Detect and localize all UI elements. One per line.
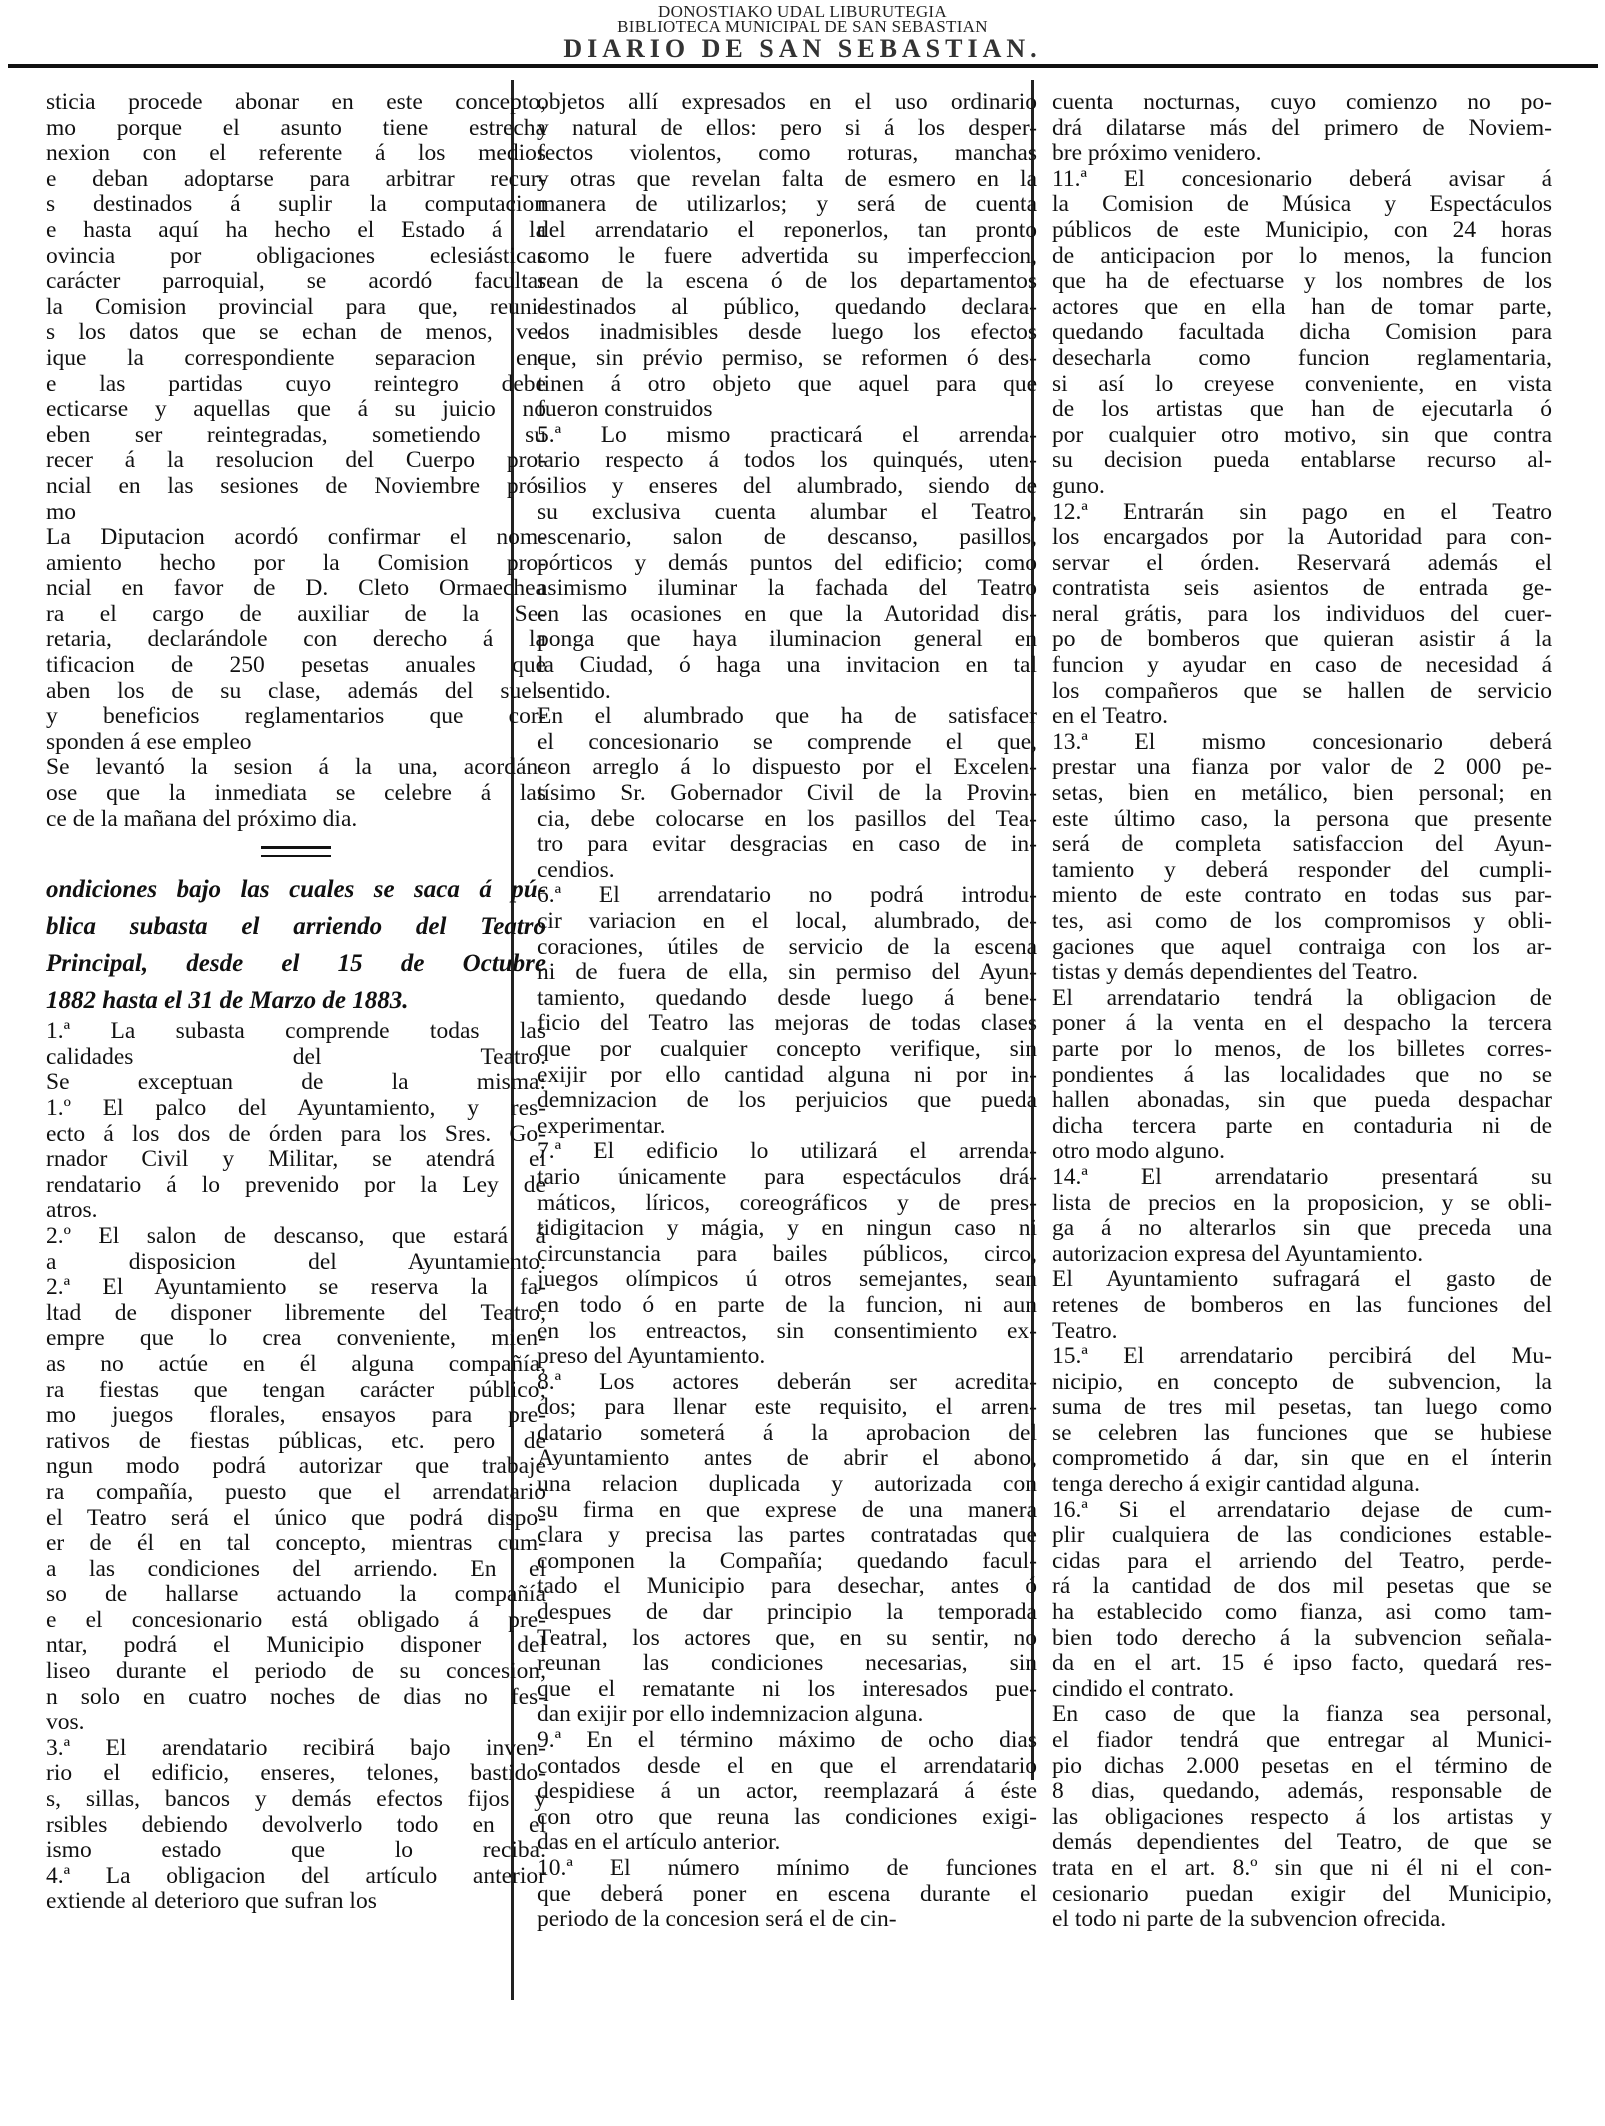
text-line: cesionario puedan exigir del Municipio, bbox=[1052, 1882, 1552, 1908]
paragraph: El arrendatario tendrá la obligacion dep… bbox=[1052, 986, 1552, 1165]
text-line: extiende al deterioro que sufran los bbox=[46, 1889, 546, 1915]
text-line: se celebren las funciones que se hubiese bbox=[1052, 1421, 1552, 1447]
text-line: 2.ª El Ayuntamiento se reserva la fa- bbox=[46, 1275, 546, 1301]
text-line: 8 dias, quedando, además, responsable de bbox=[1052, 1779, 1552, 1805]
text-line: tísimo Sr. Gobernador Civil de la Provin… bbox=[537, 781, 1037, 807]
text-line: por cualquier otro motivo, sin que contr… bbox=[1052, 423, 1552, 449]
text-line: rá la cantidad de dos mil pesetas que se bbox=[1052, 1574, 1552, 1600]
text-line: a disposicion del Ayuntamiento. bbox=[46, 1250, 546, 1276]
text-line: el todo ni parte de la subvencion ofreci… bbox=[1052, 1907, 1552, 1933]
text-line: si así lo creyese conveniente, en vista bbox=[1052, 372, 1552, 398]
text-line: s los datos que se echan de menos, ve- bbox=[46, 320, 546, 346]
text-line: recer á la resolucion del Cuerpo pro- bbox=[46, 448, 546, 474]
text-line: autorizacion expresa del Ayuntamiento. bbox=[1052, 1242, 1552, 1268]
paragraph: 13.ª El mismo concesionario deberápresta… bbox=[1052, 730, 1552, 986]
text-line: el fiador tendrá que entregar al Munici- bbox=[1052, 1728, 1552, 1754]
text-line: bre próximo venidero. bbox=[1052, 141, 1552, 167]
text-line: ni de fuera de ella, sin permiso del Ayu… bbox=[537, 960, 1037, 986]
text-line: mo bbox=[46, 500, 546, 526]
text-line: calidades del Teatro. bbox=[46, 1045, 546, 1071]
text-line: cuenta nocturnas, cuyo comienzo no po- bbox=[1052, 90, 1552, 116]
section-heading: ondiciones bajo las cuales se saca á pú-… bbox=[46, 871, 546, 1019]
text-line: actores que en ella han de tomar parte, bbox=[1052, 295, 1552, 321]
paragraph: 5.ª Lo mismo practicará el arrenda-tario… bbox=[537, 423, 1037, 705]
text-line: 3.ª El arendatario recibirá bajo inven- bbox=[46, 1736, 546, 1762]
text-line: Ayuntamiento antes de abrir el abono, bbox=[537, 1446, 1037, 1472]
text-line: manera de utilizarlos; y será de cuenta bbox=[537, 192, 1037, 218]
text-line: nicipio, en concepto de subvencion, la bbox=[1052, 1370, 1552, 1396]
text-line: ique la correspondiente separacion en- bbox=[46, 346, 546, 372]
paragraph: 8.ª Los actores deberán ser acredita-dos… bbox=[537, 1370, 1037, 1728]
text-line: y otras que revelan falta de esmero en l… bbox=[537, 167, 1037, 193]
text-line: cindido el contrato. bbox=[1052, 1677, 1552, 1703]
text-line: experimentar. bbox=[537, 1114, 1037, 1140]
paragraph: 10.ª El número mínimo de funcionesque de… bbox=[537, 1856, 1037, 1933]
text-line: fectos violentos, como roturas, manchas bbox=[537, 141, 1037, 167]
text-line: suma de tres mil pesetas, tan luego como bbox=[1052, 1395, 1552, 1421]
paragraph: sticia procede abonar en este concepto,m… bbox=[46, 90, 546, 525]
text-line: 16.ª Si el arrendatario dejase de cum- bbox=[1052, 1498, 1552, 1524]
column-3: cuenta nocturnas, cuyo comienzo no po-dr… bbox=[1052, 90, 1552, 1933]
text-line: retaria, declarándole con derecho á la bbox=[46, 627, 546, 653]
section-divider bbox=[261, 846, 331, 857]
text-line: n solo en cuatro noches de dias no fes- bbox=[46, 1685, 546, 1711]
paragraph: El Ayuntamiento sufragará el gasto deret… bbox=[1052, 1267, 1552, 1344]
text-line: que, sin prévio permiso, se reformen ó d… bbox=[537, 346, 1037, 372]
text-line: ismo estado que lo reciba. bbox=[46, 1838, 546, 1864]
text-line: plir cualquiera de las condiciones estab… bbox=[1052, 1523, 1552, 1549]
text-line: destinados al público, quedando declara- bbox=[537, 295, 1037, 321]
text-line: preso del Ayuntamiento. bbox=[537, 1344, 1037, 1370]
text-line: 9.ª En el término máximo de ocho dias bbox=[537, 1728, 1037, 1754]
column-2: objetos allí expresados en el uso ordina… bbox=[537, 90, 1037, 1933]
text-line: lista de precios en la proposicion, y se… bbox=[1052, 1191, 1552, 1217]
paragraph: objetos allí expresados en el uso ordina… bbox=[537, 90, 1037, 423]
text-line: Teatro. bbox=[1052, 1319, 1552, 1345]
text-line: sean de la escena ó de los departamentos bbox=[537, 269, 1037, 295]
text-line: e el concesionario está obligado á pre- bbox=[46, 1608, 546, 1634]
text-line: da en el art. 15 é ipso facto, quedará r… bbox=[1052, 1651, 1552, 1677]
paragraph: 16.ª Si el arrendatario dejase de cum-pl… bbox=[1052, 1498, 1552, 1703]
text-line: setas, bien en metálico, bien personal; … bbox=[1052, 781, 1552, 807]
text-line: so de hallarse actuando la compañía bbox=[46, 1582, 546, 1608]
text-line: máticos, líricos, coreográficos y de pre… bbox=[537, 1191, 1037, 1217]
paragraph: 15.ª El arrendatario percibirá del Mu-ni… bbox=[1052, 1344, 1552, 1498]
text-line: tenga derecho á exigir cantidad alguna. bbox=[1052, 1472, 1552, 1498]
text-line: 1.ª La subasta comprende todas las bbox=[46, 1019, 546, 1045]
text-line: aben los de su clase, además del suel- bbox=[46, 679, 546, 705]
text-line: otro modo alguno. bbox=[1052, 1139, 1552, 1165]
text-line: ra fiestas que tengan carácter público; bbox=[46, 1378, 546, 1404]
text-line: e las partidas cuyo reintegro debe bbox=[46, 372, 546, 398]
text-line: ncial en favor de D. Cleto Ormaechea bbox=[46, 576, 546, 602]
text-line: miento de este contrato en todas sus par… bbox=[1052, 883, 1552, 909]
text-line: guno. bbox=[1052, 474, 1552, 500]
text-line: 1882 hasta el 31 de Marzo de 1883. bbox=[46, 982, 546, 1019]
text-line: clara y precisa las partes contratadas q… bbox=[537, 1523, 1037, 1549]
text-line: pórticos y demás puntos del edificio; co… bbox=[537, 551, 1037, 577]
text-line: e deban adoptarse para arbitrar recur- bbox=[46, 167, 546, 193]
text-line: despidiese á un actor, reemplazará á ést… bbox=[537, 1779, 1037, 1805]
text-line: sentido. bbox=[537, 679, 1037, 705]
text-line: En caso de que la fianza sea personal, bbox=[1052, 1702, 1552, 1728]
text-line: tamiento, quedando desde luego á bene- bbox=[537, 986, 1037, 1012]
paragraph: En caso de que la fianza sea personal,el… bbox=[1052, 1702, 1552, 1932]
text-line: pondientes á las localidades que no se bbox=[1052, 1063, 1552, 1089]
text-line: sticia procede abonar en este concepto, bbox=[46, 90, 546, 116]
text-line: tario respecto á todos los quinqués, ute… bbox=[537, 448, 1037, 474]
text-line: trata en el art. 8.º sin que ni él ni el… bbox=[1052, 1856, 1552, 1882]
text-line: su firma en que exprese de una manera bbox=[537, 1498, 1037, 1524]
text-line: 4.ª La obligacion del artículo anterior bbox=[46, 1864, 546, 1890]
text-line: ga á no alterarlos sin que preceda una bbox=[1052, 1216, 1552, 1242]
text-line: s, sillas, bancos y demás efectos fijos … bbox=[46, 1787, 546, 1813]
text-line: dicha tercera parte en contaduria ni de bbox=[1052, 1114, 1552, 1140]
text-line: servar el órden. Reservará además el bbox=[1052, 551, 1552, 577]
text-line: la Ciudad, ó haga una invitacion en tal bbox=[537, 653, 1037, 679]
text-line: s destinados á suplir la computacion bbox=[46, 192, 546, 218]
text-line: 6.ª El arrendatario no podrá introdu- bbox=[537, 883, 1037, 909]
text-line: drá dilatarse más del primero de Noviem- bbox=[1052, 116, 1552, 142]
text-line: retenes de bomberos en las funciones del bbox=[1052, 1293, 1552, 1319]
text-line: eben ser reintegradas, sometiendo su bbox=[46, 423, 546, 449]
text-line: reunan las condiciones necesarias, sin bbox=[537, 1651, 1037, 1677]
text-line: en el Teatro. bbox=[1052, 704, 1552, 730]
text-line: El arrendatario tendrá la obligacion de bbox=[1052, 986, 1552, 1012]
text-line: blica subasta el arriendo del Teatro bbox=[46, 908, 546, 945]
text-line: quedando facultada dicha Comision para bbox=[1052, 320, 1552, 346]
text-line: a las condiciones del arriendo. En el bbox=[46, 1557, 546, 1583]
paragraph: 3.ª El arendatario recibirá bajo inven-r… bbox=[46, 1736, 546, 1915]
text-line: 7.ª El edificio lo utilizará el arrenda- bbox=[537, 1139, 1037, 1165]
text-line: su decision pueda entablarse recurso al- bbox=[1052, 448, 1552, 474]
text-line: ponga que haya iluminacion general en bbox=[537, 627, 1037, 653]
text-line: demnizacion de los perjuicios que pueda bbox=[537, 1088, 1037, 1114]
text-line: vos. bbox=[46, 1710, 546, 1736]
text-line: Se exceptuan de la misma: bbox=[46, 1070, 546, 1096]
text-line: dan exijir por ello indemnizacion alguna… bbox=[537, 1702, 1037, 1728]
text-line: el concesionario se comprende el que, bbox=[537, 730, 1037, 756]
masthead: DONOSTIAKO UDAL LIBURUTEGIA BIBLIOTECA M… bbox=[0, 0, 1605, 64]
text-line: tistas y demás dependientes del Teatro. bbox=[1052, 960, 1552, 986]
text-line: públicos de este Municipio, con 24 horas bbox=[1052, 218, 1552, 244]
text-line: ose que la inmediata se celebre á las bbox=[46, 781, 546, 807]
text-line: cidas para el arriendo del Teatro, perde… bbox=[1052, 1549, 1552, 1575]
paragraph: 14.ª El arrendatario presentará sulista … bbox=[1052, 1165, 1552, 1267]
text-line: en las ocasiones en que la Autoridad dis… bbox=[537, 602, 1037, 628]
text-line: su exclusiva cuenta alumbar el Teatro, bbox=[537, 500, 1037, 526]
text-line: mo porque el asunto tiene estrecha bbox=[46, 116, 546, 142]
text-line: como le fuere advertida su imperfeccion, bbox=[537, 244, 1037, 270]
paragraph: Se levantó la sesion á la una, acordán-o… bbox=[46, 755, 546, 832]
text-line: circunstancia para bailes públicos, circ… bbox=[537, 1242, 1037, 1268]
text-line: Teatral, los actores que, en su sentir, … bbox=[537, 1626, 1037, 1652]
text-line: En el alumbrado que ha de satisfacer bbox=[537, 704, 1037, 730]
paragraph: 1.ª La subasta comprende todas lascalida… bbox=[46, 1019, 546, 1736]
text-line: en los entreactos, sin consentimiento ex… bbox=[537, 1319, 1037, 1345]
text-line: la Comision provincial para que, reuni- bbox=[46, 295, 546, 321]
text-line: ngun modo podrá autorizar que trabaje bbox=[46, 1454, 546, 1480]
paragraph: La Diputacion acordó confirmar el nom-am… bbox=[46, 525, 546, 755]
masthead-rule bbox=[8, 64, 1598, 68]
paragraph: En el alumbrado que ha de satisfacerel c… bbox=[537, 704, 1037, 883]
text-line: La Diputacion acordó confirmar el nom- bbox=[46, 525, 546, 551]
text-line: despues de dar principio la temporada bbox=[537, 1600, 1037, 1626]
text-line: silios y enseres del alumbrado, siendo d… bbox=[537, 474, 1037, 500]
text-line: con otro que reuna las condiciones exigi… bbox=[537, 1805, 1037, 1831]
text-line: po de bomberos que quieran asistir á la bbox=[1052, 627, 1552, 653]
text-line: datario someterá á la aprobacion del bbox=[537, 1421, 1037, 1447]
text-line: Se levantó la sesion á la una, acordán- bbox=[46, 755, 546, 781]
text-line: Principal, desde el 15 de Octubre bbox=[46, 945, 546, 982]
text-line: 2.º El salon de descanso, que estará á bbox=[46, 1224, 546, 1250]
text-line: coraciones, útiles de servicio de la esc… bbox=[537, 935, 1037, 961]
text-line: tamiento y deberá responder del cumpli- bbox=[1052, 858, 1552, 884]
text-line: que el rematante ni los interesados pue- bbox=[537, 1677, 1037, 1703]
text-line: juegos olímpicos ú otros semejantes, sea… bbox=[537, 1267, 1037, 1293]
text-line: será de completa satisfaccion del Ayun- bbox=[1052, 832, 1552, 858]
text-line: ha establecido como fianza, asi como tam… bbox=[1052, 1600, 1552, 1626]
text-line: poner á la venta en el despacho la terce… bbox=[1052, 1011, 1552, 1037]
text-line: 5.ª Lo mismo practicará el arrenda- bbox=[537, 423, 1037, 449]
text-line: 11.ª El concesionario deberá avisar á bbox=[1052, 167, 1552, 193]
text-line: 8.ª Los actores deberán ser acredita- bbox=[537, 1370, 1037, 1396]
text-line: neral grátis, para los individuos del cu… bbox=[1052, 602, 1552, 628]
text-line: en todo ó en parte de la funcion, ni aun bbox=[537, 1293, 1037, 1319]
text-line: las obligaciones respecto á los artistas… bbox=[1052, 1805, 1552, 1831]
text-line: periodo de la concesion será el de cin- bbox=[537, 1907, 1037, 1933]
text-line: 10.ª El número mínimo de funciones bbox=[537, 1856, 1037, 1882]
text-line: fueron construidos bbox=[537, 397, 1037, 423]
text-line: rsibles debiendo devolverlo todo en el bbox=[46, 1813, 546, 1839]
text-line: exijir por ello cantidad alguna ni por i… bbox=[537, 1063, 1037, 1089]
text-line: con arreglo á lo dispuesto por el Excele… bbox=[537, 755, 1037, 781]
text-line: la Comision de Música y Espectáculos bbox=[1052, 192, 1552, 218]
paragraph: 12.ª Entrarán sin pago en el Teatrolos e… bbox=[1052, 500, 1552, 730]
text-line: ecto á los dos de órden para los Sres. G… bbox=[46, 1122, 546, 1148]
text-line: ondiciones bajo las cuales se saca á pú- bbox=[46, 871, 546, 908]
text-line: as no actúe en él alguna compañía, bbox=[46, 1352, 546, 1378]
text-line: componen la Compañía; quedando facul- bbox=[537, 1549, 1037, 1575]
text-line: funcion y ayudar en caso de necesidad á bbox=[1052, 653, 1552, 679]
text-line: los encargados por la Autoridad para con… bbox=[1052, 525, 1552, 551]
text-line: 1.º El palco del Ayuntamiento, y res- bbox=[46, 1096, 546, 1122]
text-line: rativos de fiestas públicas, etc. pero d… bbox=[46, 1429, 546, 1455]
column-1: sticia procede abonar en este concepto,m… bbox=[46, 90, 546, 1915]
text-line: el Teatro será el único que podrá dispo- bbox=[46, 1506, 546, 1532]
text-line: de los artistas que han de ejecutarla ó bbox=[1052, 397, 1552, 423]
text-line: tro para evitar desgracias en caso de in… bbox=[537, 832, 1037, 858]
newspaper-title: DIARIO DE SAN SEBASTIAN. bbox=[0, 34, 1605, 64]
text-line: cendios. bbox=[537, 858, 1037, 884]
text-line: que deberá poner en escena durante el bbox=[537, 1882, 1037, 1908]
text-line: escenario, salon de descanso, pasillos, bbox=[537, 525, 1037, 551]
text-line: y beneficios reglamentarios que cor- bbox=[46, 704, 546, 730]
text-line: desecharla como funcion reglamentaria, bbox=[1052, 346, 1552, 372]
text-line: contratista seis asientos de entrada ge- bbox=[1052, 576, 1552, 602]
text-line: das en el artículo anterior. bbox=[537, 1830, 1037, 1856]
text-line: tes, asi como de los compromisos y obli- bbox=[1052, 909, 1552, 935]
text-line: demás dependientes del Teatro, de que se bbox=[1052, 1830, 1552, 1856]
text-line: amiento hecho por la Comision pro- bbox=[46, 551, 546, 577]
paragraph: 6.ª El arrendatario no podrá introdu-cir… bbox=[537, 883, 1037, 1139]
text-line: cir variacion en el local, alumbrado, de… bbox=[537, 909, 1037, 935]
text-line: 14.ª El arrendatario presentará su bbox=[1052, 1165, 1552, 1191]
text-line: sponden á ese empleo bbox=[46, 730, 546, 756]
text-line: ra el cargo de auxiliar de la Se- bbox=[46, 602, 546, 628]
text-line: de anticipacion por lo menos, la funcion bbox=[1052, 244, 1552, 270]
text-line: dos inadmisibles desde luego los efectos bbox=[537, 320, 1037, 346]
text-line: hallen abonadas, sin que pueda despachar bbox=[1052, 1088, 1552, 1114]
text-line: los compañeros que se hallen de servicio bbox=[1052, 679, 1552, 705]
text-line: carácter parroquial, se acordó facultar bbox=[46, 269, 546, 295]
text-line: cia, debe colocarse en los pasillos del … bbox=[537, 807, 1037, 833]
text-line: ltad de disponer libremente del Teatro, bbox=[46, 1301, 546, 1327]
text-line: ncial en las sesiones de Noviembre pró- bbox=[46, 474, 546, 500]
text-line: ecticarse y aquellas que á su juicio no bbox=[46, 397, 546, 423]
text-line: objetos allí expresados en el uso ordina… bbox=[537, 90, 1037, 116]
text-line: ntar, podrá el Municipio disponer del bbox=[46, 1633, 546, 1659]
text-line: prestar una fianza por valor de 2 000 pe… bbox=[1052, 755, 1552, 781]
text-line: ce de la mañana del próximo dia. bbox=[46, 807, 546, 833]
text-line: tario únicamente para espectáculos drá- bbox=[537, 1165, 1037, 1191]
text-line: 12.ª Entrarán sin pago en el Teatro bbox=[1052, 500, 1552, 526]
text-line: ovincia por obligaciones eclesiásticas bbox=[46, 244, 546, 270]
text-line: rio el edificio, enseres, telones, basti… bbox=[46, 1761, 546, 1787]
paragraph: 7.ª El edificio lo utilizará el arrenda-… bbox=[537, 1139, 1037, 1369]
text-line: asimismo iluminar la fachada del Teatro bbox=[537, 576, 1037, 602]
text-line: er de él en tal concepto, mientras cum- bbox=[46, 1531, 546, 1557]
text-line: dos; para llenar este requisito, el arre… bbox=[537, 1395, 1037, 1421]
text-line: 15.ª El arrendatario percibirá del Mu- bbox=[1052, 1344, 1552, 1370]
text-line: bien todo derecho á la subvencion señala… bbox=[1052, 1626, 1552, 1652]
text-line: ra compañía, puesto que el arrendatario bbox=[46, 1480, 546, 1506]
text-line: que por cualquier concepto verifique, si… bbox=[537, 1037, 1037, 1063]
library-name-spanish: BIBLIOTECA MUNICIPAL DE SAN SEBASTIAN bbox=[0, 19, 1605, 34]
text-line: atros. bbox=[46, 1198, 546, 1224]
paragraph: 9.ª En el término máximo de ocho diascon… bbox=[537, 1728, 1037, 1856]
text-line: del arrendatario el reponerlos, tan pron… bbox=[537, 218, 1037, 244]
text-line: El Ayuntamiento sufragará el gasto de bbox=[1052, 1267, 1552, 1293]
text-line: una relacion duplicada y autorizada con bbox=[537, 1472, 1037, 1498]
text-line: pio dichas 2.000 pesetas en el término d… bbox=[1052, 1754, 1552, 1780]
text-line: contados desde el en que el arrendatario bbox=[537, 1754, 1037, 1780]
paragraph: cuenta nocturnas, cuyo comienzo no po-dr… bbox=[1052, 90, 1552, 167]
paragraph: 11.ª El concesionario deberá avisar ála … bbox=[1052, 167, 1552, 500]
text-line: tidigitacion y mágia, y en ningun caso n… bbox=[537, 1216, 1037, 1242]
text-line: tificacion de 250 pesetas anuales que bbox=[46, 653, 546, 679]
text-line: parte por lo menos, de los billetes corr… bbox=[1052, 1037, 1552, 1063]
text-line: nexion con el referente á los medios bbox=[46, 141, 546, 167]
text-line: rendatario á lo prevenido por la Ley de bbox=[46, 1173, 546, 1199]
text-line: 13.ª El mismo concesionario deberá bbox=[1052, 730, 1552, 756]
text-line: comprometido á dar, sin que en el ínteri… bbox=[1052, 1446, 1552, 1472]
text-line: y natural de ellos: pero si á los desper… bbox=[537, 116, 1037, 142]
text-line: gaciones que aquel contraiga con los ar- bbox=[1052, 935, 1552, 961]
text-line: este último caso, la persona que present… bbox=[1052, 807, 1552, 833]
text-line: tado el Municipio para desechar, antes ó bbox=[537, 1574, 1037, 1600]
text-line: que ha de efectuarse y los nombres de lo… bbox=[1052, 269, 1552, 295]
text-line: mo juegos florales, ensayos para pre- bbox=[46, 1403, 546, 1429]
text-line: empre que lo crea conveniente, mien- bbox=[46, 1326, 546, 1352]
text-line: e hasta aquí ha hecho el Estado á la bbox=[46, 218, 546, 244]
text-line: ficio del Teatro las mejoras de todas cl… bbox=[537, 1011, 1037, 1037]
text-line: liseo durante el periodo de su concesion… bbox=[46, 1659, 546, 1685]
text-line: rnador Civil y Militar, se atendrá el bbox=[46, 1147, 546, 1173]
text-line: tinen á otro objeto que aquel para que bbox=[537, 372, 1037, 398]
